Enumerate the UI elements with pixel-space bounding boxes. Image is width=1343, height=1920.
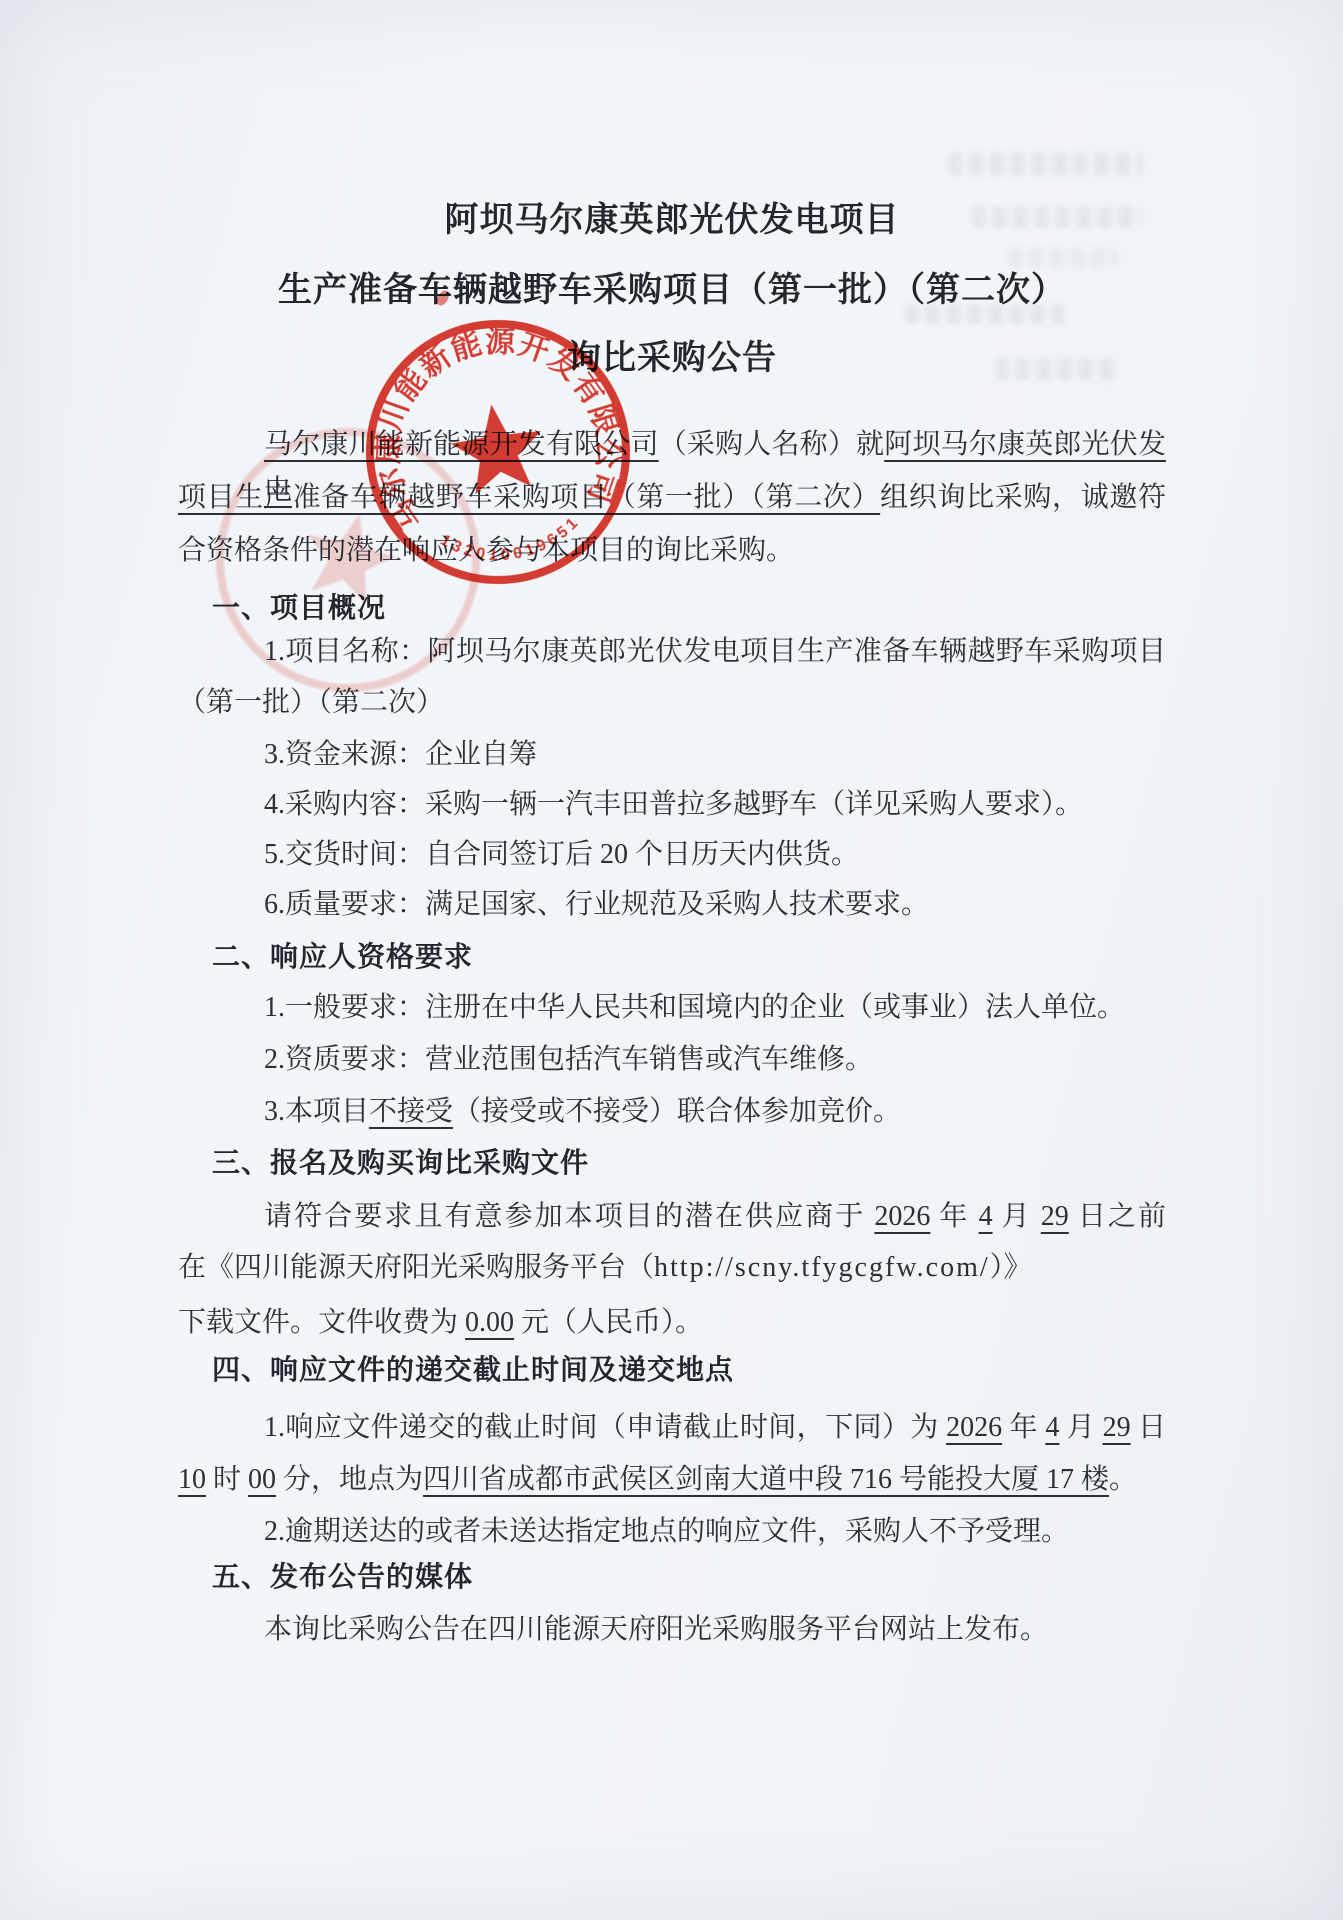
project-name-part: 项目生产准备车辆越野车采购项目（第一批）（第二次）: [178, 482, 880, 513]
deadline-month: 4: [979, 1201, 993, 1232]
sec4-text: 年: [1002, 1412, 1045, 1443]
sec3-line1: 请符合要求且有意参加本项目的潜在供应商于 2026 年 4 月 29 日之前: [178, 1194, 1166, 1240]
sec3-text: 日之前: [1069, 1201, 1166, 1232]
sec3-text: 元（人民币）。: [514, 1307, 703, 1338]
submit-month: 4: [1045, 1412, 1059, 1443]
sec2-item3: 3.本项目不接受（接受或不接受）联合体参加竞价。: [178, 1089, 1166, 1135]
submit-address: 四川省成都市武侯区剑南大道中段 716 号能投大厦 17 楼: [423, 1464, 1109, 1495]
sec4-line1: 1.响应文件递交的截止时间（申请截止时间，下同）为 2026 年 4 月 29 …: [178, 1405, 1166, 1451]
sec2-item2: 2.资质要求：营业范围包括汽车销售或汽车维修。: [178, 1037, 1166, 1083]
intro-line3: 合资格条件的潜在响应人参与本项目的询比采购。: [178, 528, 1166, 574]
sec4-text: 月: [1059, 1412, 1102, 1443]
section4-heading: 四、响应文件的递交截止时间及递交地点: [178, 1347, 1166, 1393]
sec4-text: 日: [1131, 1412, 1166, 1443]
platform-url: http://scny.tfygcgfw.com/: [654, 1252, 990, 1283]
platform-name: 在《四川能源天府阳光采购服务平台（: [178, 1252, 654, 1283]
sec1-item4: 4.采购内容：采购一辆一汽丰田普拉多越野车（详见采购人要求）。: [178, 782, 1166, 828]
purchaser-name: 马尔康川能新能源开发有限公司: [264, 429, 659, 460]
section2-heading: 二、响应人资格要求: [178, 934, 1166, 980]
submit-year: 2026: [946, 1412, 1002, 1443]
sec4-text: 时: [206, 1464, 248, 1495]
sec3-line3: 下载文件。文件收费为 0.00 元（人民币）。: [178, 1300, 1166, 1346]
deadline-year: 2026: [874, 1201, 930, 1232]
intro-line2: 项目生产准备车辆越野车采购项目（第一批）（第二次）组织询比采购，诚邀符: [178, 475, 1166, 521]
document-fee: 0.00: [465, 1307, 514, 1338]
sec1-item6: 6.质量要求：满足国家、行业规范及采购人技术要求。: [178, 882, 1166, 928]
sec4-line3: 2.逾期送达的或者未送达指定地点的响应文件，采购人不予受理。: [178, 1509, 1166, 1555]
sec2-item1: 1.一般要求：注册在中华人民共和国境内的企业（或事业）法人单位。: [178, 985, 1166, 1031]
sec1-item1-line2: （第一批）（第二次）: [178, 680, 1166, 726]
scanned-document-page: 阿坝马尔康英郎光伏发电项目 生产准备车辆越野车采购项目（第一批）（第二次） 询比…: [0, 0, 1343, 1920]
sec5-line1: 本询比采购公告在四川能源天府阳光采购服务平台网站上发布。: [178, 1607, 1166, 1653]
sec1-item5: 5.交货时间：自合同签订后 20 个日历天内供货。: [178, 832, 1166, 878]
sec3-text: 下载文件。文件收费为: [178, 1307, 465, 1338]
deadline-day: 29: [1041, 1201, 1069, 1232]
sec4-text: 。: [1109, 1464, 1137, 1495]
sec1-item1-line1: 1.项目名称：阿坝马尔康英郎光伏发电项目生产准备车辆越野车采购项目: [178, 629, 1166, 675]
submit-hour: 10: [178, 1464, 206, 1495]
sec3-text: 年: [930, 1201, 978, 1232]
section3-heading: 三、报名及购买询比采购文件: [178, 1140, 1166, 1186]
doc-title-line2: 生产准备车辆越野车采购项目（第一批）（第二次）: [178, 270, 1166, 310]
sec2-item3-text: 3.本项目: [264, 1096, 369, 1127]
section5-heading: 五、发布公告的媒体: [178, 1554, 1166, 1600]
intro-text: 组织询比采购，诚邀符: [880, 482, 1166, 513]
not-accept-underlined: 不接受: [369, 1096, 453, 1127]
platform-name: ）》: [990, 1252, 1032, 1283]
intro-text: （采购人名称）就: [659, 429, 885, 460]
sec3-text: 月: [993, 1201, 1041, 1232]
sec3-text: 请符合要求且有意参加本项目的潜在供应商于: [264, 1201, 874, 1232]
section1-heading: 一、项目概况: [178, 585, 1166, 631]
sec4-text: 分，地点为: [276, 1464, 423, 1495]
doc-title-line3: 询比采购公告: [178, 338, 1166, 378]
submit-day: 29: [1103, 1412, 1131, 1443]
doc-title-line1: 阿坝马尔康英郎光伏发电项目: [178, 200, 1166, 240]
document-body: 阿坝马尔康英郎光伏发电项目 生产准备车辆越野车采购项目（第一批）（第二次） 询比…: [178, 0, 1166, 1920]
sec1-item3: 3.资金来源：企业自筹: [178, 732, 1166, 778]
sec2-item3-text: （接受或不接受）联合体参加竞价。: [453, 1096, 901, 1127]
sec4-text: 1.响应文件递交的截止时间（申请截止时间，下同）为: [264, 1412, 946, 1443]
sec4-line2: 10 时 00 分，地点为四川省成都市武侯区剑南大道中段 716 号能投大厦 1…: [178, 1457, 1166, 1503]
submit-minute: 00: [248, 1464, 276, 1495]
sec3-line2: 在《四川能源天府阳光采购服务平台（http://scny.tfygcgfw.co…: [178, 1245, 1166, 1291]
